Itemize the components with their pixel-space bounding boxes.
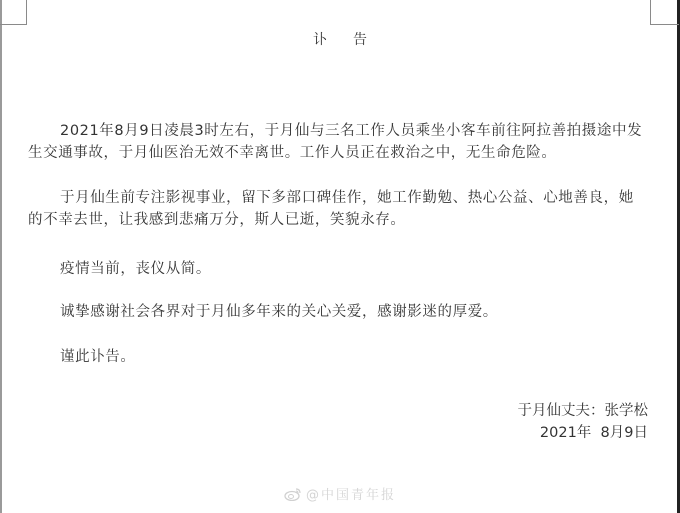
signature-date: 2021年 8月9日 (518, 422, 649, 444)
paragraph-closing: 谨此讣告。 (60, 346, 680, 368)
watermark: @中国青年报 (284, 484, 396, 503)
paragraph-funeral: 疫情当前，丧仪从简。 (60, 258, 680, 280)
paragraph-tribute: 于月仙生前专注影视事业，留下多部口碑佳作，她工作勤勉、热心公益、心地善良，她的不… (28, 187, 648, 231)
weibo-icon (284, 487, 302, 501)
paragraph-accident: 2021年8月9日凌晨3时左右，于月仙与三名工作人员乘坐小客车前往阿拉善拍摄途中… (28, 120, 648, 164)
page-edge-left (0, 0, 2, 513)
signature-name: 于月仙丈夫：张学松 (518, 400, 649, 422)
paragraph-thanks: 诚挚感谢社会各界对于月仙多年来的关心关爱，感谢影迷的厚爱。 (60, 301, 680, 323)
margin-corner-top-left (0, 0, 27, 25)
signature-block: 于月仙丈夫：张学松 2021年 8月9日 (518, 400, 649, 444)
document-title: 讣告 (0, 29, 680, 49)
margin-corner-top-right (650, 0, 679, 25)
watermark-text: @中国青年报 (306, 484, 396, 503)
